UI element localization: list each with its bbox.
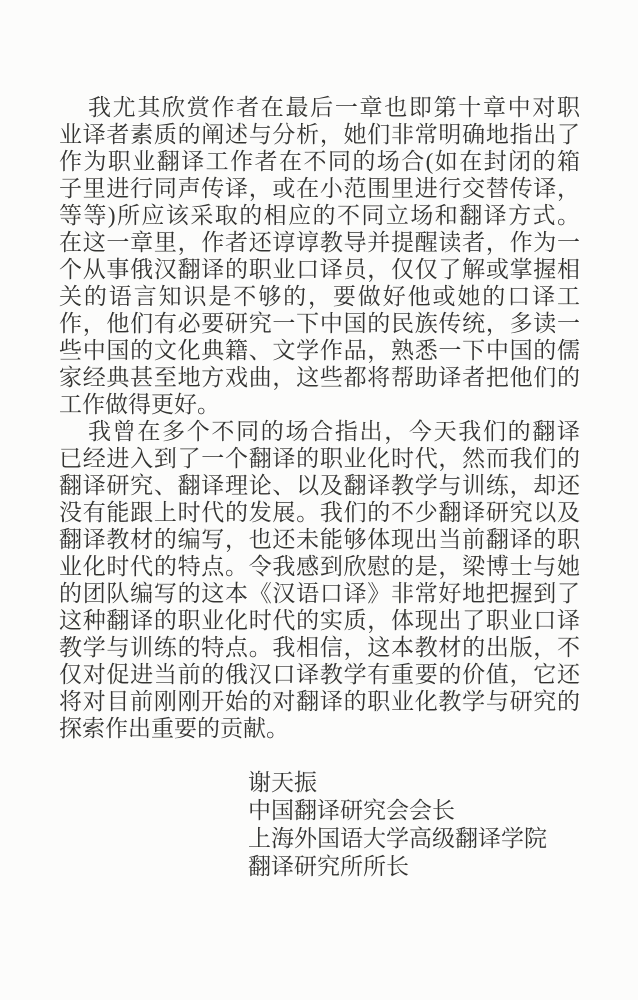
signature-titles: 中国翻译研究会会长上海外国语大学高级翻译学院翻译研究所所长 <box>248 797 580 881</box>
text-line: 翻译研究、翻译理论、以及翻译教学与训练，却还 <box>59 472 580 499</box>
text-line: 翻译教材的编写，也还未能够体现出当前翻译的职 <box>59 526 580 553</box>
signature-title: 上海外国语大学高级翻译学院 <box>248 825 580 853</box>
text-line: 些中国的文化典籍、文学作品，熟悉一下中国的儒 <box>59 337 580 364</box>
text-line: 将对目前刚刚开始的对翻译的职业化教学与研究的 <box>59 688 580 715</box>
signature-name: 谢天振 <box>248 769 580 797</box>
text-line: 作为职业翻译工作者在不同的场合(如在封闭的箱 <box>59 148 580 175</box>
text-line: 我尤其欣赏作者在最后一章也即第十章中对职 <box>59 94 580 121</box>
text-line: 在这一章里，作者还谆谆教导并提醒读者，作为一 <box>59 229 580 256</box>
text-line: 等等)所应该采取的相应的不同立场和翻译方式。 <box>59 202 580 229</box>
text-line: 关的语言知识是不够的，要做好他或她的口译工 <box>59 283 580 310</box>
paragraph: 我尤其欣赏作者在最后一章也即第十章中对职业译者素质的阐述与分析，她们非常明确地指… <box>59 94 580 418</box>
text-line: 我曾在多个不同的场合指出，今天我们的翻译 <box>59 418 580 445</box>
scanned-book-page: 我尤其欣赏作者在最后一章也即第十章中对职业译者素质的阐述与分析，她们非常明确地指… <box>0 0 638 1000</box>
text-line: 家经典甚至地方戏曲，这些都将帮助译者把他们的 <box>59 364 580 391</box>
preface-paragraphs: 我尤其欣赏作者在最后一章也即第十章中对职业译者素质的阐述与分析，她们非常明确地指… <box>59 94 580 742</box>
preface-text-block: 我尤其欣赏作者在最后一章也即第十章中对职业译者素质的阐述与分析，她们非常明确地指… <box>59 94 580 881</box>
text-line: 子里进行同声传译，或在小范围里进行交替传译， <box>59 175 580 202</box>
signature-title: 翻译研究所所长 <box>248 853 580 881</box>
text-line: 业译者素质的阐述与分析，她们非常明确地指出了 <box>59 121 580 148</box>
text-line: 的团队编写的这本《汉语口译》非常好地把握到了 <box>59 580 580 607</box>
paragraph: 我曾在多个不同的场合指出，今天我们的翻译已经进入到了一个翻译的职业化时代，然而我… <box>59 418 580 742</box>
text-line: 这种翻译的职业化时代的实质，体现出了职业口译 <box>59 607 580 634</box>
signature-title: 中国翻译研究会会长 <box>248 797 580 825</box>
text-line: 作，他们有必要研究一下中国的民族传统，多读一 <box>59 310 580 337</box>
text-line: 仅对促进当前的俄汉口译教学有重要的价值，它还 <box>59 661 580 688</box>
text-line: 教学与训练的特点。我相信，这本教材的出版，不 <box>59 634 580 661</box>
signature-block: 谢天振 中国翻译研究会会长上海外国语大学高级翻译学院翻译研究所所长 <box>59 769 580 881</box>
text-line: 没有能跟上时代的发展。我们的不少翻译研究以及 <box>59 499 580 526</box>
text-line: 探索作出重要的贡献。 <box>59 715 580 742</box>
text-line: 业化时代的特点。令我感到欣慰的是，梁博士与她 <box>59 553 580 580</box>
text-line: 工作做得更好。 <box>59 391 580 418</box>
text-line: 已经进入到了一个翻译的职业化时代，然而我们的 <box>59 445 580 472</box>
text-line: 个从事俄汉翻译的职业口译员，仅仅了解或掌握相 <box>59 256 580 283</box>
